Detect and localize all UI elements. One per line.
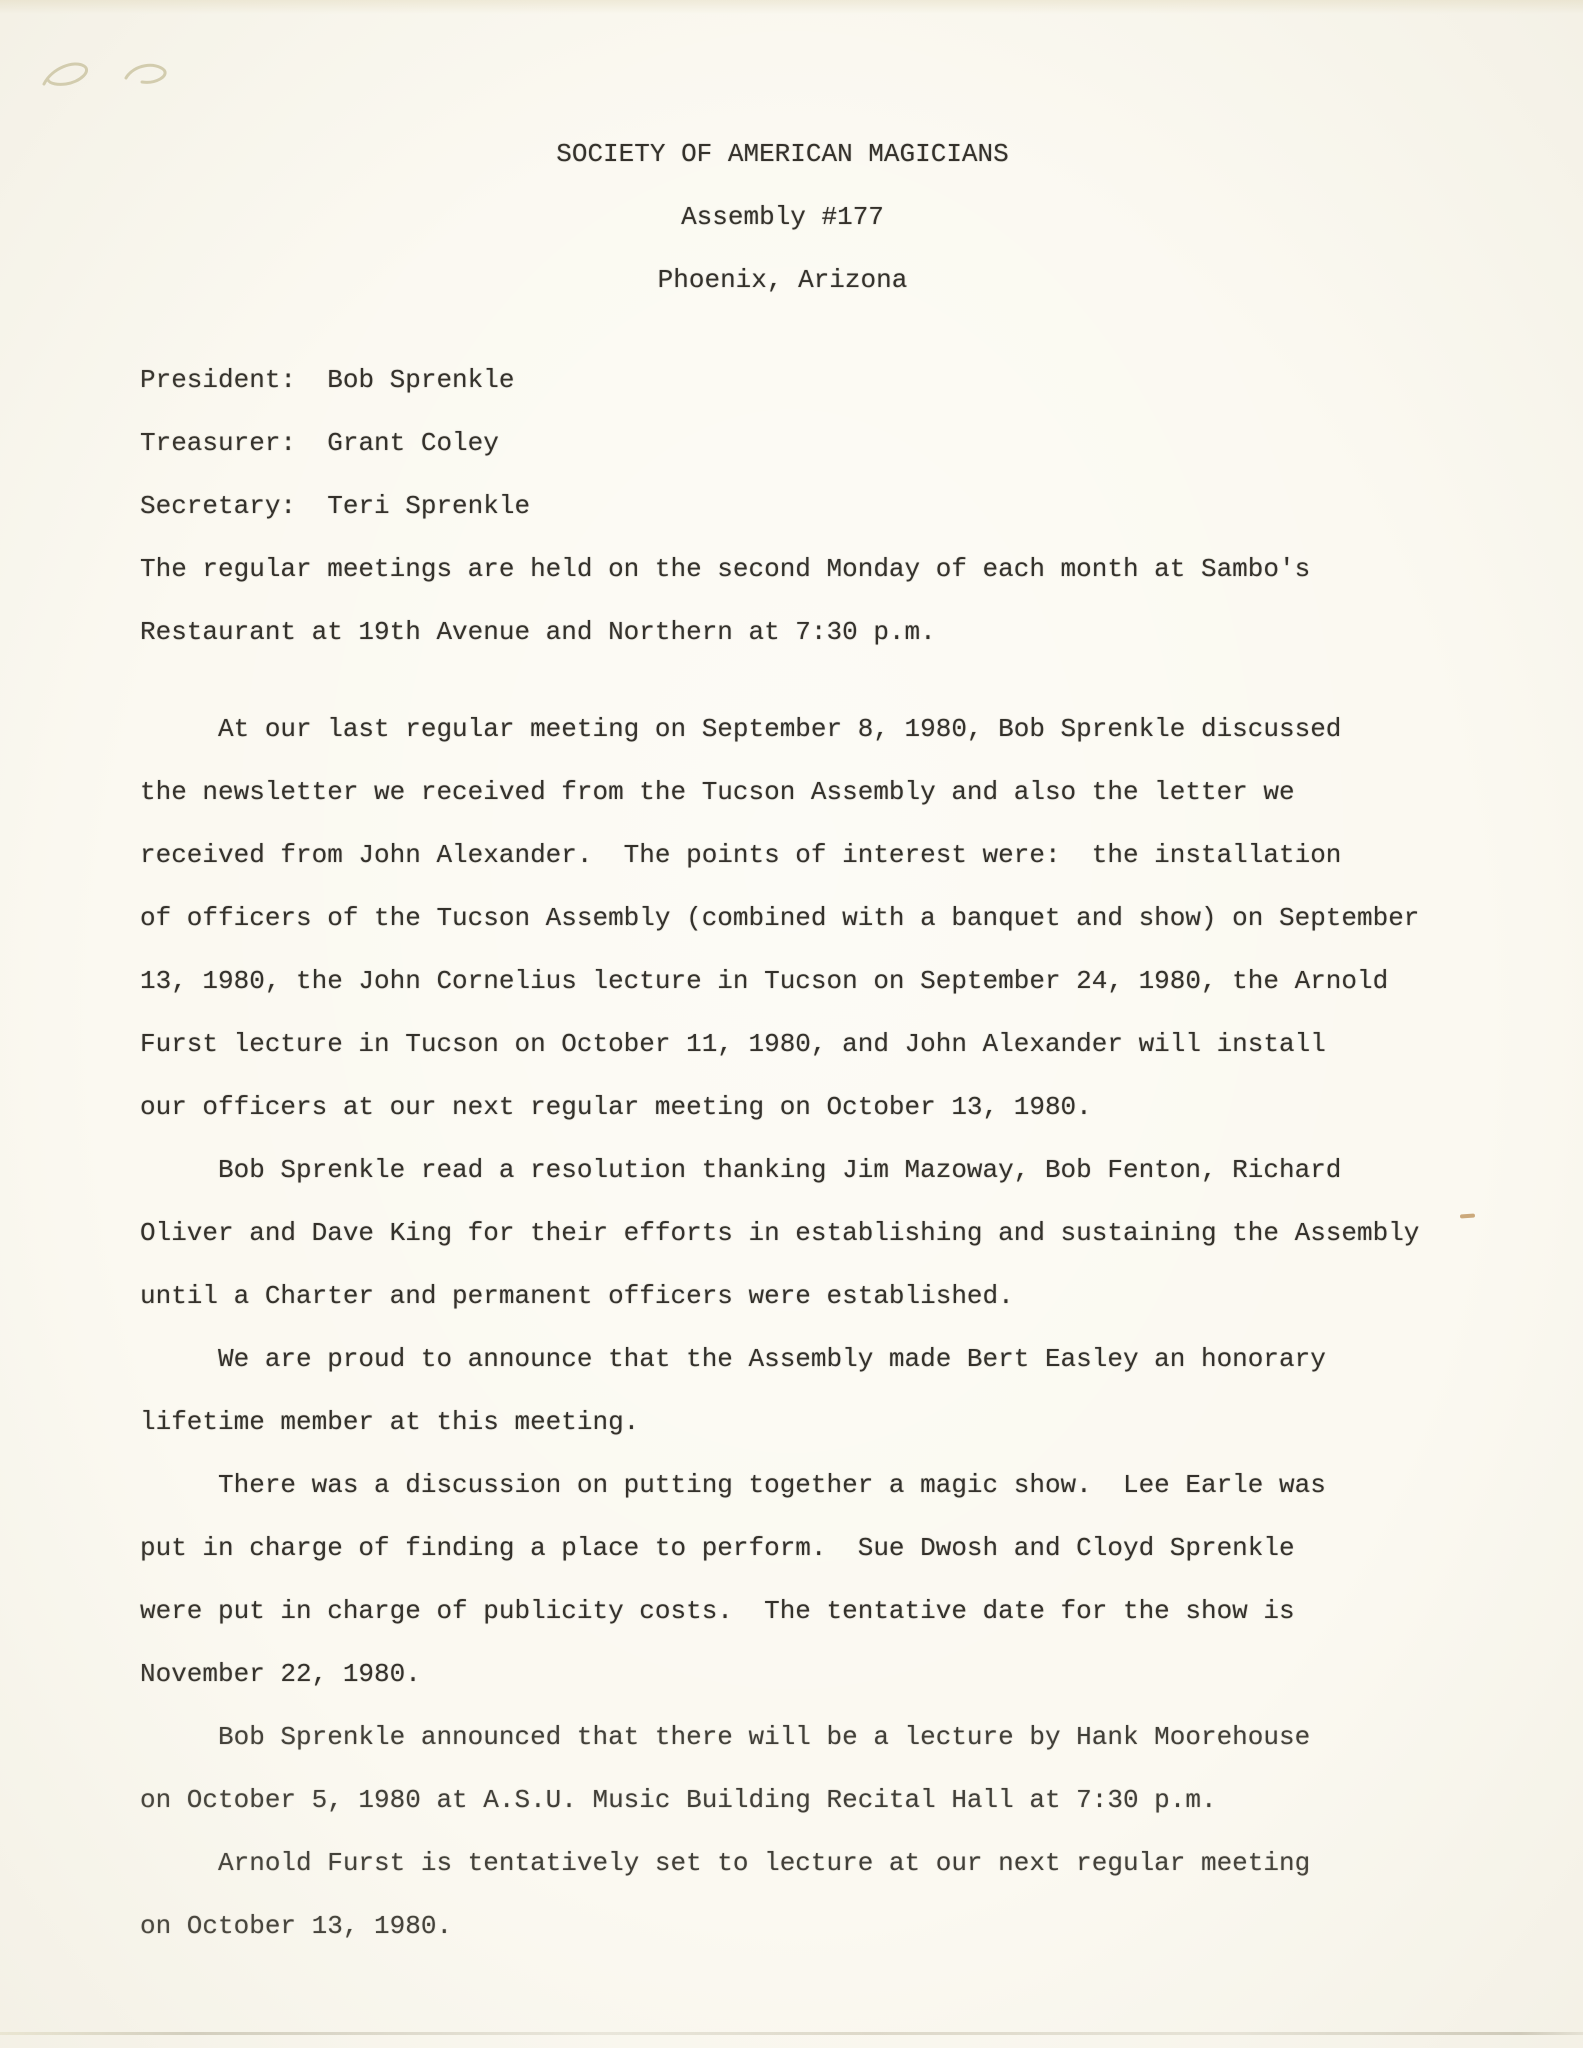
- paragraph: We are proud to announce that the Assemb…: [140, 1328, 1440, 1454]
- body-line: lifetime member at this meeting.: [140, 1391, 1440, 1454]
- pencil-scribble-mark: [30, 34, 200, 112]
- officer-name: Grant Coley: [327, 428, 499, 458]
- officer-role-label: President:: [140, 365, 296, 395]
- body-line: on October 5, 1980 at A.S.U. Music Build…: [140, 1769, 1440, 1832]
- paragraph: Bob Sprenkle announced that there will b…: [140, 1706, 1440, 1832]
- body-line: There was a discussion on putting togeth…: [140, 1454, 1440, 1517]
- body-line: We are proud to announce that the Assemb…: [140, 1328, 1440, 1391]
- paragraph: Arnold Furst is tentatively set to lectu…: [140, 1832, 1440, 1958]
- body-line: our officers at our next regular meeting…: [140, 1076, 1440, 1139]
- officers-meeting-block: President:Bob SprenkleTreasurer:Grant Co…: [140, 349, 1440, 664]
- stray-pen-dash-mark: [1460, 1213, 1475, 1218]
- paper-edge-line: [0, 2032, 1583, 2035]
- body-line: the newsletter we received from the Tucs…: [140, 761, 1440, 824]
- meeting-info-line: The regular meetings are held on the sec…: [140, 538, 1440, 601]
- officer-name: Teri Sprenkle: [327, 491, 530, 521]
- meeting-info-line: Restaurant at 19th Avenue and Northern a…: [140, 601, 1440, 664]
- officer-role-label: Treasurer:: [140, 428, 296, 458]
- body-line: put in charge of finding a place to perf…: [140, 1517, 1440, 1580]
- document-title: SOCIETY OF AMERICAN MAGICIANS: [140, 123, 1425, 186]
- paragraph: Bob Sprenkle read a resolution thanking …: [140, 1139, 1440, 1328]
- paragraph: There was a discussion on putting togeth…: [140, 1454, 1440, 1706]
- body-line: Oliver and Dave King for their efforts i…: [140, 1202, 1440, 1265]
- assembly-number: Assembly #177: [140, 186, 1425, 249]
- body-line: of officers of the Tucson Assembly (comb…: [140, 887, 1440, 950]
- body-line: on October 13, 1980.: [140, 1895, 1440, 1958]
- officer-role-label: Secretary:: [140, 491, 296, 521]
- scanned-document-page: SOCIETY OF AMERICAN MAGICIANS Assembly #…: [0, 0, 1583, 2048]
- officer-name: Bob Sprenkle: [327, 365, 514, 395]
- body-line: 13, 1980, the John Cornelius lecture in …: [140, 950, 1440, 1013]
- officer-row: Treasurer:Grant Coley: [140, 412, 1440, 475]
- document-location: Phoenix, Arizona: [140, 249, 1425, 312]
- body-line: Furst lecture in Tucson on October 11, 1…: [140, 1013, 1440, 1076]
- officer-row: President:Bob Sprenkle: [140, 349, 1440, 412]
- body-line: until a Charter and permanent officers w…: [140, 1265, 1440, 1328]
- body-line: Arnold Furst is tentatively set to lectu…: [140, 1832, 1440, 1895]
- body-line: At our last regular meeting on September…: [140, 698, 1440, 761]
- document-body: At our last regular meeting on September…: [140, 698, 1440, 1958]
- body-line: November 22, 1980.: [140, 1643, 1440, 1706]
- body-line: Bob Sprenkle read a resolution thanking …: [140, 1139, 1440, 1202]
- document-header: SOCIETY OF AMERICAN MAGICIANS Assembly #…: [140, 123, 1425, 312]
- officers-list: President:Bob SprenkleTreasurer:Grant Co…: [140, 349, 1440, 538]
- body-line: were put in charge of publicity costs. T…: [140, 1580, 1440, 1643]
- officer-row: Secretary:Teri Sprenkle: [140, 475, 1440, 538]
- typed-content: SOCIETY OF AMERICAN MAGICIANS Assembly #…: [140, 123, 1440, 1958]
- paragraph: At our last regular meeting on September…: [140, 698, 1440, 1139]
- body-line: received from John Alexander. The points…: [140, 824, 1440, 887]
- meeting-info: The regular meetings are held on the sec…: [140, 538, 1440, 664]
- body-line: Bob Sprenkle announced that there will b…: [140, 1706, 1440, 1769]
